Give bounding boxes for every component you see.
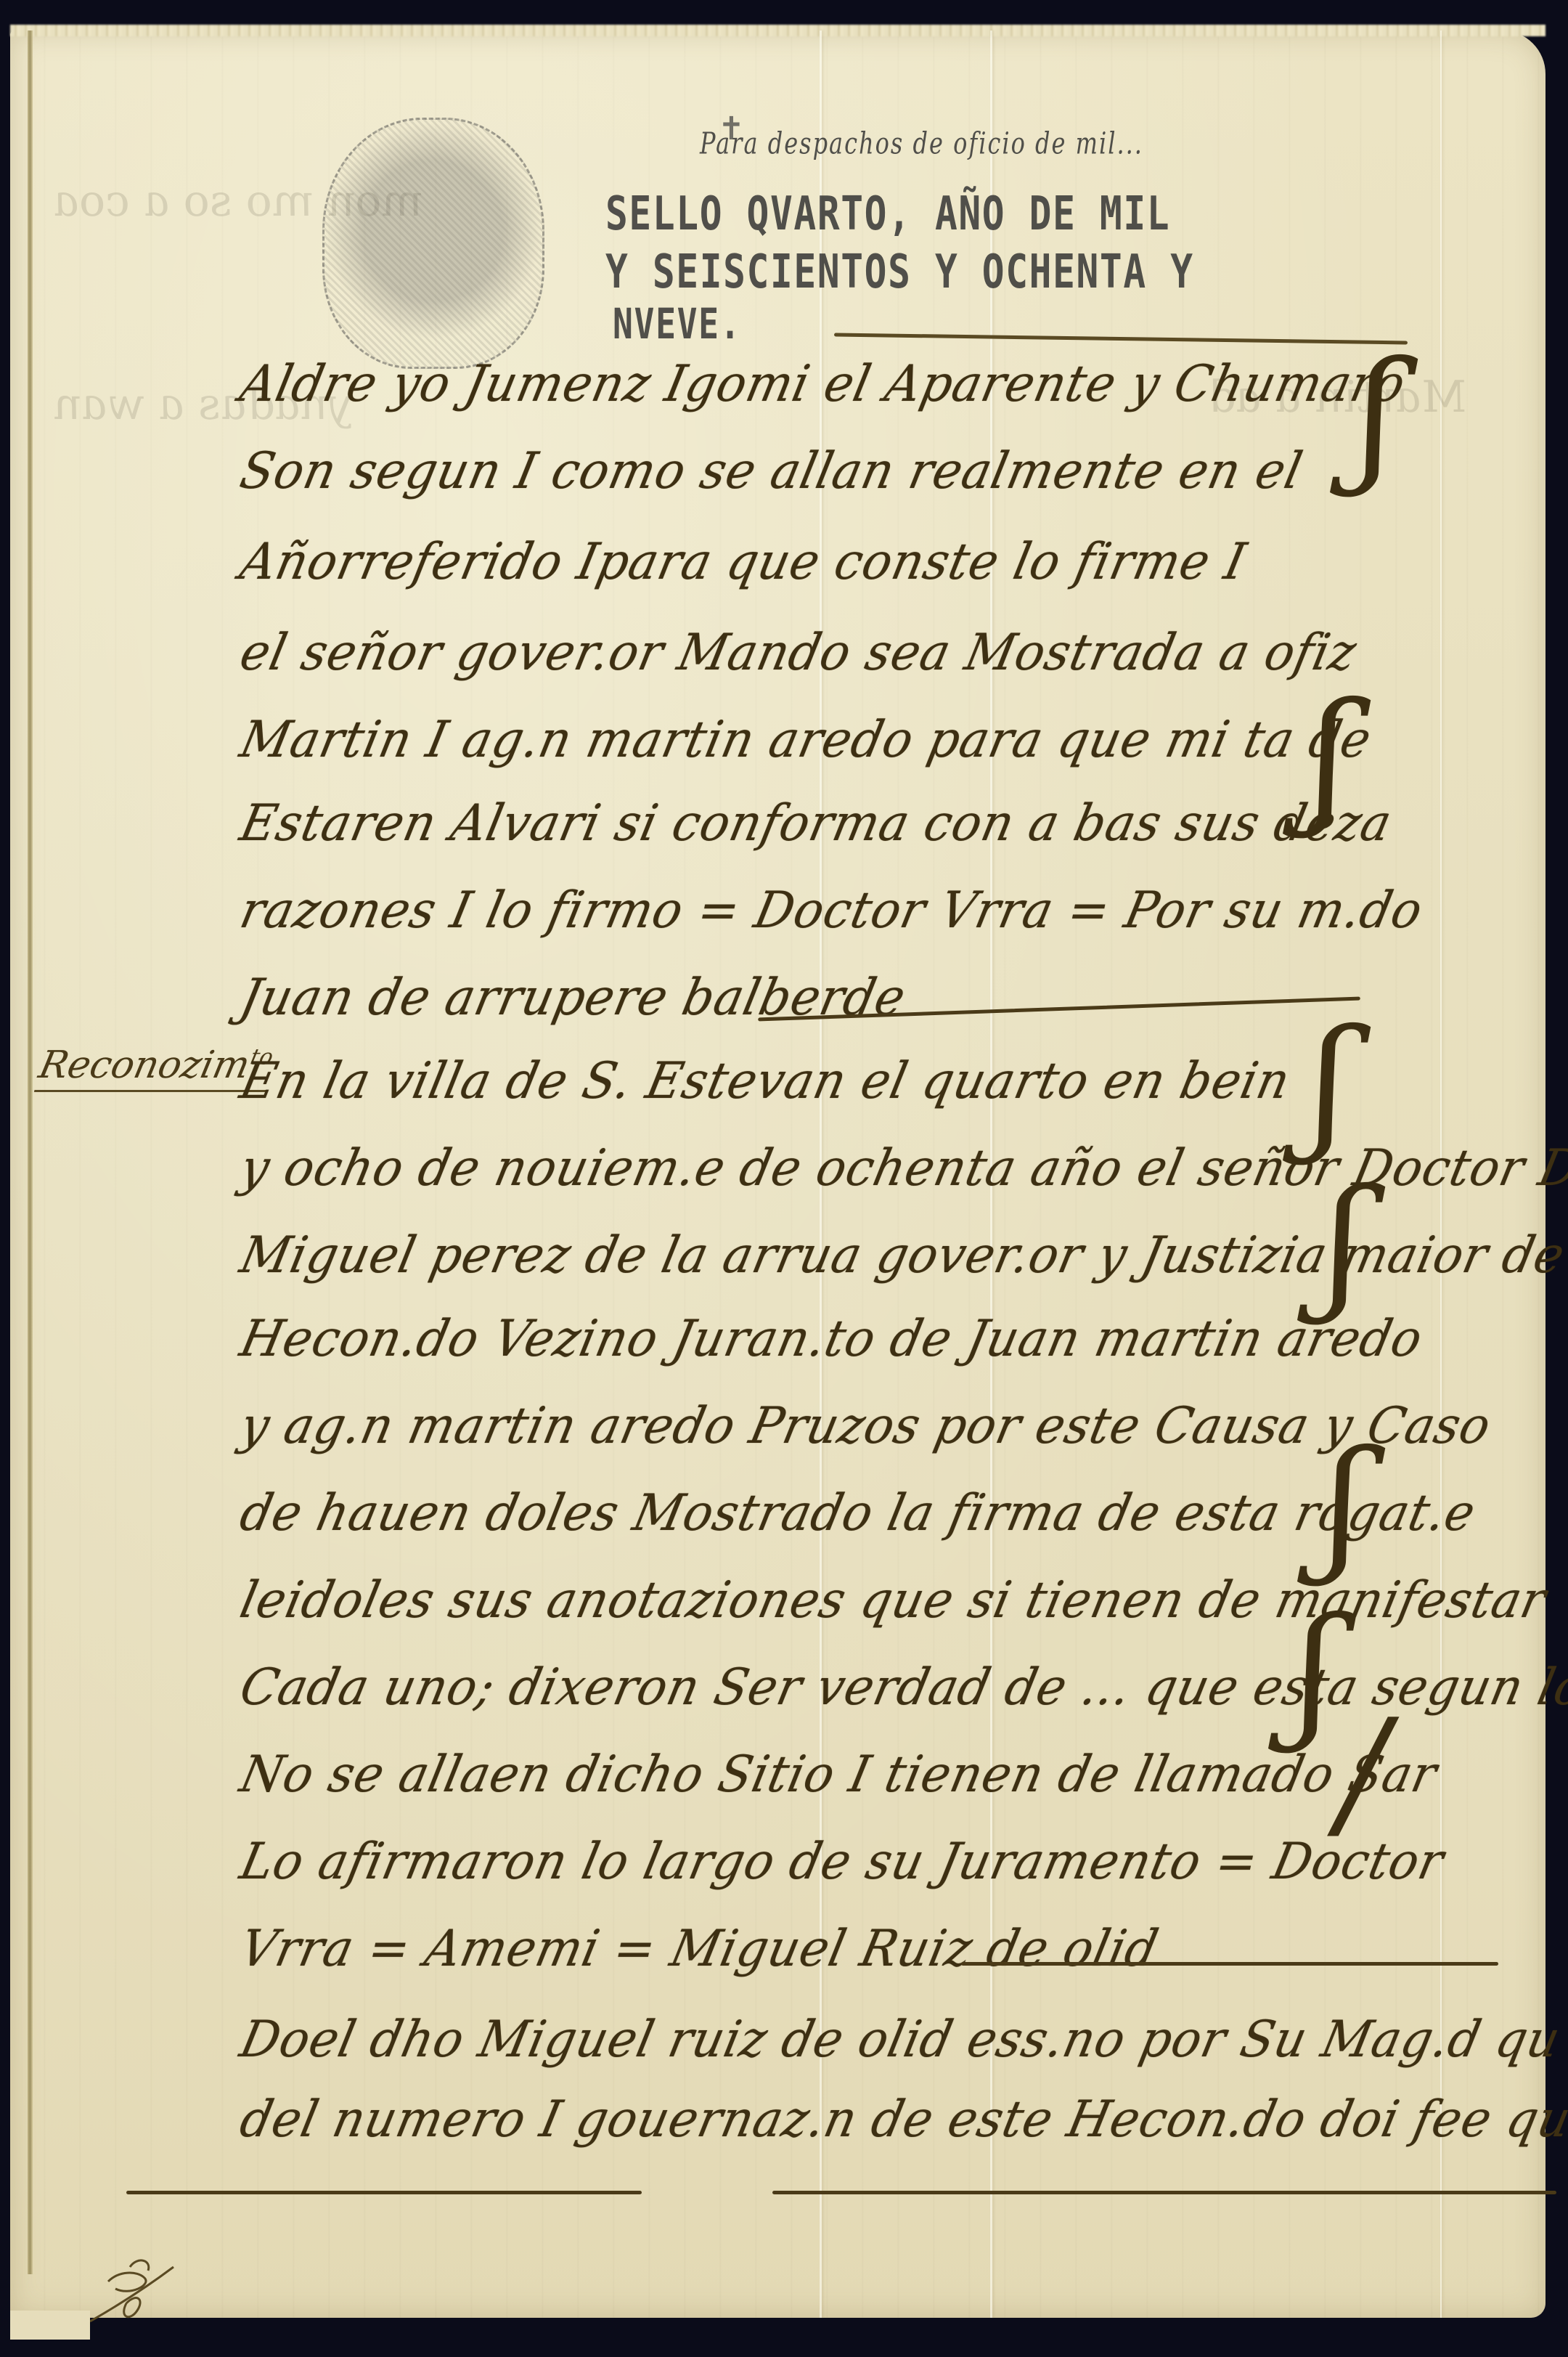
manuscript-page: mon mo so a coa ynadas a wan Martin a ad… [10, 30, 1545, 2318]
text-line: de hauen doles Mostrado la firma de esta… [235, 1483, 1481, 1542]
page-tab [10, 2311, 90, 2340]
text-line: razones I lo firmo = Doctor Vrra = Por s… [235, 881, 1428, 940]
text-line: Estaren Alvari si conforma con a bas sus… [235, 794, 1397, 852]
text-line: Aldre yo Jumenz Igomi el Aparente y Chum… [235, 354, 1410, 413]
closing-rule-left [126, 2191, 642, 2194]
text-line: y ag.n martin aredo Pruzos por este Caus… [235, 1396, 1496, 1455]
flourish-mark: ʃ [1357, 343, 1396, 488]
flourish-mark: / [1339, 1701, 1387, 1846]
text-line: del numero I gouernaz.n de este Hecon.do… [235, 2090, 1568, 2149]
text-line: Son segun I como se allan realmente en e… [235, 441, 1308, 500]
royal-coat-of-arms-icon [322, 118, 544, 369]
text-line: Doel dho Miguel ruiz de olid ess.no por … [235, 2010, 1566, 2069]
text-line: En la villa de S. Estevan el quarto en b… [235, 1051, 1296, 1110]
stamp-title-line-2: Y SEISCIENTOS Y OCHENTA Y [605, 245, 1194, 299]
deckled-top-edge [10, 25, 1545, 36]
margin-annotation: Reconozimto [34, 1043, 276, 1092]
flourish-mark: ʃ [1310, 684, 1349, 829]
closing-rule-right [772, 2191, 1556, 2194]
stamp-caption: Para despachos de oficio de mil... [700, 125, 1143, 160]
text-line: y ocho de nouiem.e de ochenta año el señ… [235, 1139, 1568, 1197]
stamp-title-line-3: NVEVE. [613, 299, 741, 349]
text-line: Martin I ag.n martin aredo para que mi t… [235, 710, 1377, 769]
line-filler-rule [961, 1962, 1498, 1966]
text-line: el señor gover.or Mando sea Mostrada a o… [235, 623, 1362, 682]
text-line: Lo afirmaron lo largo de su Juramento = … [235, 1832, 1449, 1891]
text-line: No se allaen dicho Sitio I tienen de lla… [235, 1745, 1442, 1804]
stamp-underline [834, 333, 1408, 344]
text-line: Hecon.do Vezino Juran.to de Juan martin … [235, 1309, 1428, 1368]
flourish-mark: ʃ [1310, 1011, 1349, 1156]
text-line: Vrra = Amemi = Miguel Ruiz de olid [235, 1919, 1164, 1978]
flourish-mark: ʃ [1324, 1432, 1363, 1577]
binding-margin-line [28, 30, 33, 2274]
text-line: Miguel perez de la arrua gover.or y Just… [235, 1226, 1568, 1285]
flourish-mark: ʃ [1324, 1171, 1363, 1316]
stamp-title-line-1: SELLO QVARTO, AÑO DE MIL [605, 187, 1170, 241]
sello-cuarto-stamp: ✝ Para despachos de oficio de mil... SEL… [322, 103, 1411, 350]
margin-annotation-text: Reconozim [35, 1043, 253, 1087]
text-line: Añorreferido Ipara que conste lo firme I [235, 532, 1251, 591]
flourish-mark: ʃ [1295, 1599, 1334, 1744]
notary-rubric-icon [86, 2238, 188, 2332]
